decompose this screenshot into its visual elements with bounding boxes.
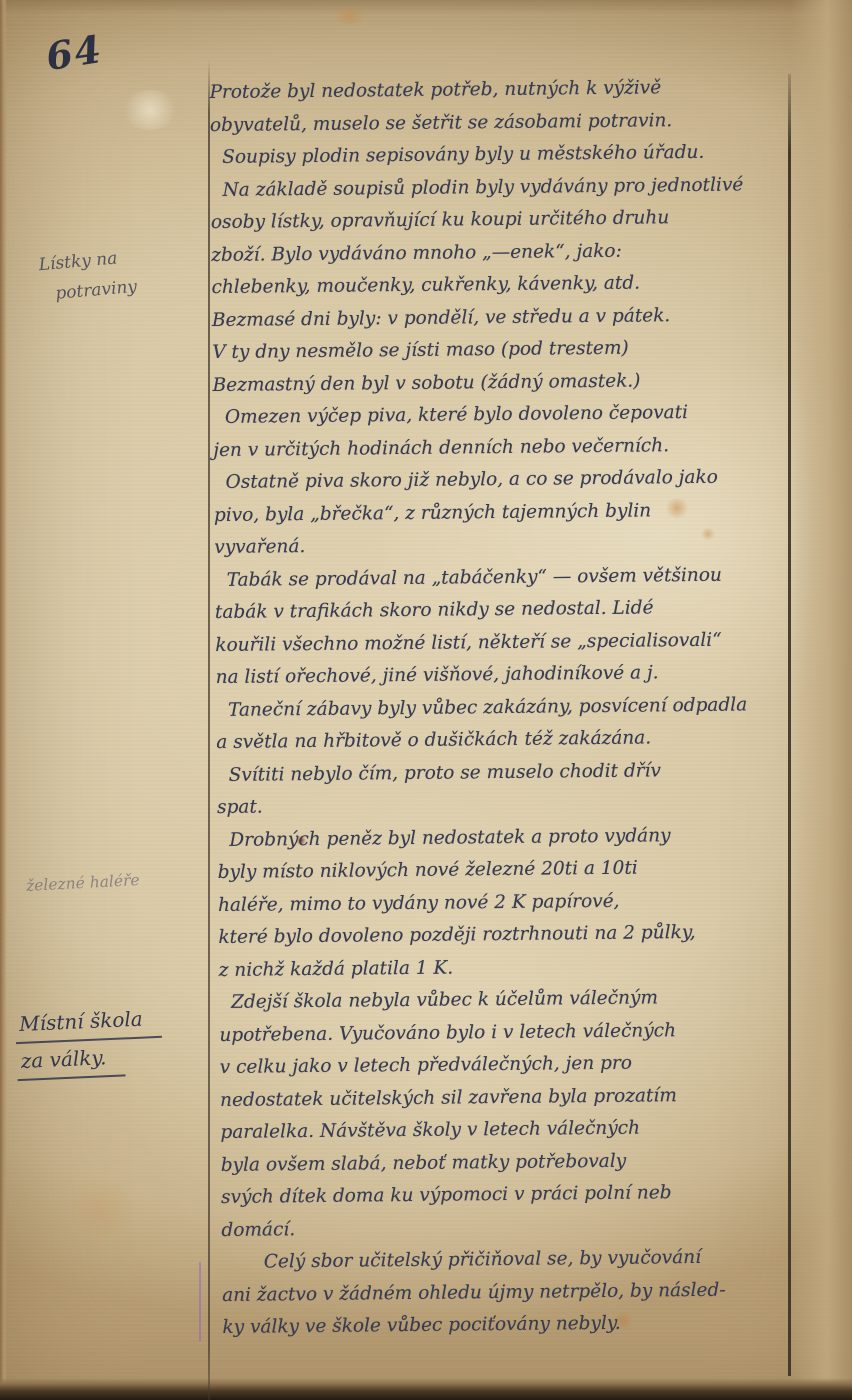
page-top-shade bbox=[0, 0, 852, 14]
handwritten-line: Tabák se prodával na „tabáčenky“ — ovšem… bbox=[214, 559, 786, 597]
handwritten-line: kouřili všechno možné listí, někteří se … bbox=[215, 624, 787, 662]
faint-violet-line bbox=[199, 1262, 201, 1342]
paragraph: Taneční zábavy byly vůbec zakázány, posv… bbox=[216, 689, 789, 760]
paragraph: Omezen výčep piva, které bylo dovoleno č… bbox=[213, 396, 786, 467]
margin-note-line: železné haléře bbox=[26, 871, 140, 895]
handwritten-line: Ostatně piva skoro již nebylo, a co se p… bbox=[213, 461, 785, 499]
handwritten-line: Taneční zábavy byly vůbec zakázány, posv… bbox=[216, 689, 788, 727]
paper-blotch bbox=[60, 1180, 140, 1240]
handwritten-line: Soupisy plodin sepisovány byly u městské… bbox=[210, 136, 782, 174]
handwritten-line: ani žactvo v žádném ohledu újmy netrpělo… bbox=[222, 1273, 794, 1311]
margin-rule-left bbox=[208, 60, 210, 1400]
handwritten-body-text: Protože byl nedostatek potřeb, nutných k… bbox=[209, 71, 794, 1344]
paragraph: Drobných peněz byl nedostatek a proto vy… bbox=[217, 818, 791, 986]
handwritten-line: Na základě soupisů plodin byly vydávány … bbox=[210, 169, 782, 207]
margin-note-listky-na-potraviny: Lístky napotraviny bbox=[38, 242, 139, 310]
paragraph: Ostatně piva skoro již nebylo, a co se p… bbox=[213, 461, 786, 564]
page-left-edge bbox=[0, 0, 7, 1400]
margin-note-line: Místní škola bbox=[14, 1001, 161, 1044]
manuscript-page: 64 Protože byl nedostatek potřeb, nutnýc… bbox=[0, 0, 852, 1400]
paper-blotch bbox=[120, 90, 180, 130]
margin-note-zelezne-halere: železné haléře bbox=[26, 871, 140, 895]
handwritten-line: ky války ve škole vůbec pociťovány nebyl… bbox=[222, 1306, 794, 1344]
page-number: 64 bbox=[43, 26, 106, 79]
paragraph: Tabák se prodával na „tabáčenky“ — ovšem… bbox=[214, 559, 787, 695]
paragraph: Na základě soupisů plodin byly vydávány … bbox=[210, 169, 784, 402]
page-bottom-edge bbox=[0, 1378, 852, 1400]
margin-note-line: za války. bbox=[16, 1039, 125, 1081]
paragraph: Zdejší škola nebyla vůbec k účelům váleč… bbox=[219, 981, 794, 1247]
paragraph: Celý sbor učitelský přičiňoval se, by vy… bbox=[222, 1241, 795, 1344]
paragraph: Svítiti nebylo čím, proto se muselo chod… bbox=[217, 754, 790, 825]
paragraph: Protože byl nedostatek potřeb, nutných k… bbox=[209, 71, 782, 142]
paragraph: Soupisy plodin sepisovány byly u městské… bbox=[210, 136, 782, 174]
page-right-gutter bbox=[790, 0, 852, 1400]
margin-note-mistni-skola-za-valky: Místní školaza války. bbox=[14, 1001, 163, 1081]
